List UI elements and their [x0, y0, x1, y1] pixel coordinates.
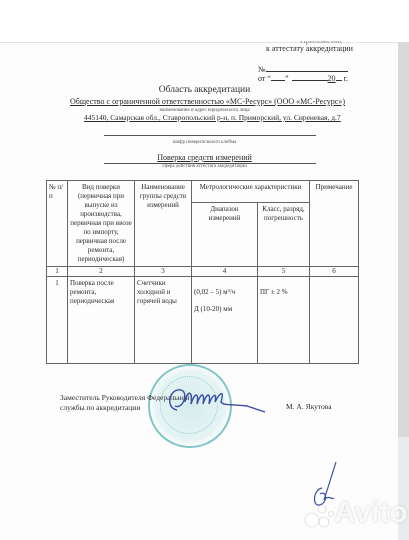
number-blank [266, 63, 348, 72]
signatory-name: М. А. Якутова [286, 402, 332, 411]
column-number: 6 [310, 267, 359, 277]
header-note: Примечание [310, 181, 359, 267]
header-group: Наименование группы средств измерений [135, 181, 192, 267]
column-number: 2 [68, 267, 135, 277]
row-num: 1 [47, 277, 68, 364]
document-title: Область аккредитации [0, 85, 409, 95]
month-blank [292, 72, 328, 81]
accreditation-table: № п/п Вид поверки (первичная при выпуске… [46, 180, 359, 364]
scope-caption: сфера действия аттестата аккредитации [0, 164, 409, 169]
range-flow: (0,02 – 5) м³/ч [194, 288, 255, 297]
stamp-code-line [104, 135, 316, 136]
column-number-row: 1 2 3 4 5 6 [47, 267, 359, 277]
row-group: Счетчики холодной и горячей воды [135, 277, 192, 364]
year: 20 [328, 74, 336, 83]
avito-logo-icon [304, 500, 334, 530]
row-note [310, 277, 359, 364]
column-number: 5 [258, 267, 310, 277]
accreditation-scope: Поверка средств измерений [0, 153, 409, 162]
day-blank [271, 72, 285, 81]
year-blank [336, 72, 342, 81]
header-type: Вид поверки (первичная при выпуске из пр… [68, 181, 135, 267]
handwritten-signature [155, 380, 285, 420]
date-line: от “”20 г. [258, 72, 348, 83]
column-number: 1 [47, 267, 68, 277]
table-header-row: № п/п Вид поверки (первичная при выпуске… [47, 181, 359, 203]
column-number: 4 [192, 267, 258, 277]
column-number: 3 [135, 267, 192, 277]
year-suffix: г. [344, 74, 348, 83]
avito-watermark: Avito [334, 496, 408, 530]
organization-address: 445140, Самарская обл., Ставропольский р… [84, 113, 341, 122]
row-type: Поверка после ремонта, периодическая [68, 277, 135, 364]
header-class: Класс, разряд, погрешность [258, 202, 310, 267]
row-class: ПГ ± 2 % [258, 277, 310, 364]
certificate-reference: к аттестату аккредитации [266, 44, 353, 53]
table-row: 1 Поверка после ремонта, периодическая С… [47, 277, 359, 364]
date-prefix: от “ [258, 74, 271, 83]
header-metrological: Метрологические характеристики [192, 181, 310, 203]
range-diameter: Д (10-20) мм [194, 305, 255, 314]
header-range: Диапазон измерений [192, 202, 258, 267]
adjacent-page-edge [398, 42, 409, 540]
stamp-code-caption: шифр поверительного клейма [0, 140, 409, 145]
organization-name: Общество с ограниченной ответственностью… [70, 97, 345, 106]
date-quote: ” [285, 74, 289, 83]
header-num: № п/п [47, 181, 68, 267]
row-range: (0,02 – 5) м³/чД (10-20) мм [192, 277, 258, 364]
top-margin [0, 0, 409, 42]
